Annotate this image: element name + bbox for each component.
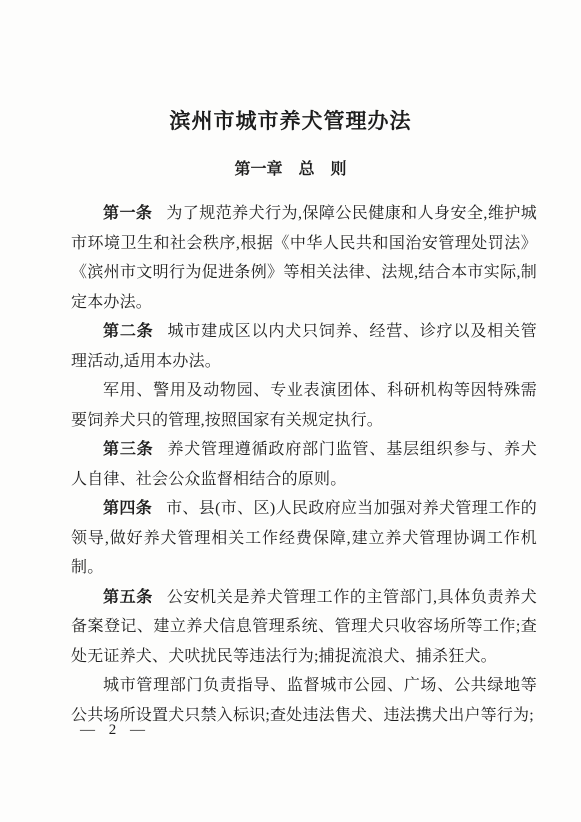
page-number: — 2 — <box>80 722 146 739</box>
article-text: 军用、警用及动物园、专业表演团体、科研机构等因特殊需要饲养犬只的管理,按照国家有… <box>71 382 537 429</box>
article-paragraph: 第二条城市建成区以内犬只饲养、经营、诊疗以及相关管理活动,适用本办法。 <box>71 317 537 376</box>
document-title: 滨州市城市养犬管理办法 <box>0 0 581 138</box>
article-paragraph: 第三条养犬管理遵循政府部门监管、基层组织参与、养犬人自律、社会公众监督相结合的原… <box>71 435 537 494</box>
document-body: 第一条为了规范养犬行为,保障公民健康和人身安全,维护城市环境卫生和社会秩序,根据… <box>0 199 581 730</box>
article-number: 第一条 <box>103 205 152 222</box>
article-paragraph: 第一条为了规范养犬行为,保障公民健康和人身安全,维护城市环境卫生和社会秩序,根据… <box>71 199 537 317</box>
document-page: 滨州市城市养犬管理办法 第一章 总 则 第一条为了规范养犬行为,保障公民健康和人… <box>0 0 581 822</box>
article-number: 第三条 <box>103 441 153 458</box>
article-number: 第二条 <box>103 323 153 340</box>
chapter-heading: 第一章 总 则 <box>0 160 581 180</box>
article-paragraph: 第五条公安机关是养犬管理工作的主管部门,具体负责养犬备案登记、建立养犬信息管理系… <box>71 583 537 672</box>
article-number: 第五条 <box>103 589 153 606</box>
article-number: 第四条 <box>103 500 152 517</box>
article-paragraph: 第四条市、县(市、区)人民政府应当加强对养犬管理工作的领导,做好养犬管理相关工作… <box>71 494 537 583</box>
article-paragraph: 军用、警用及动物园、专业表演团体、科研机构等因特殊需要饲养犬只的管理,按照国家有… <box>71 376 537 435</box>
article-text: 城市管理部门负责指导、监督城市公园、广场、公共绿地等公共场所设置犬只禁入标识;查… <box>71 677 537 724</box>
